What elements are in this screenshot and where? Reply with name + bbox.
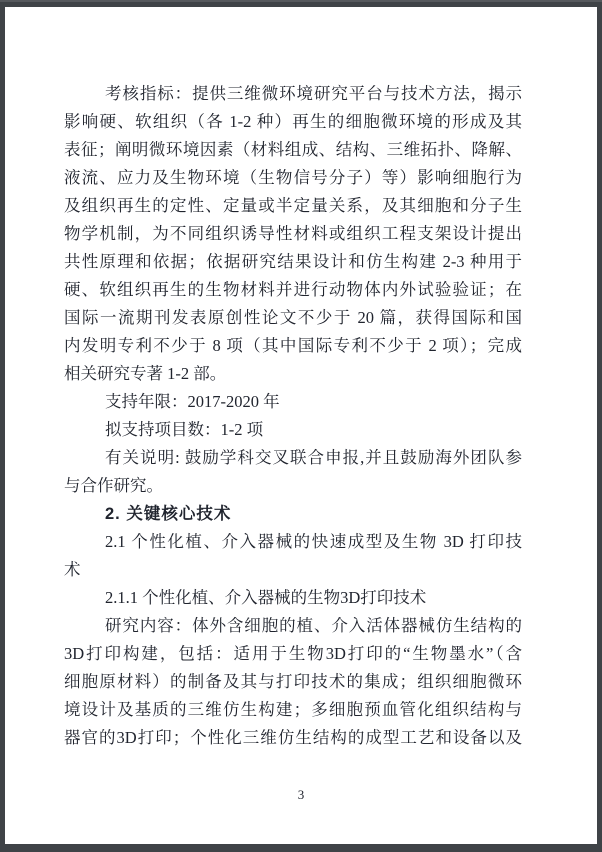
text-line: 考核指标：提供三维微环境研究平台与技术方法，揭示 (64, 80, 522, 108)
text-line: 器官的3D打印；个性化三维仿生结构的成型工艺和设备以及 (64, 724, 522, 752)
text-line: 有关说明: 鼓励学科交叉联合申报,并且鼓励海外团队参 (64, 444, 522, 472)
text-line: 术 (64, 556, 522, 584)
viewer-top-edge (0, 0, 602, 2)
text-line: 细胞原材料）的制备及其与打印技术的集成；组织细胞微环 (64, 668, 522, 696)
text-line: 境设计及基质的三维仿生构建；多细胞预血管化组织结构与 (64, 696, 522, 724)
text-line: 2.1 个性化植、介入器械的快速成型及生物 3D 打印技 (64, 528, 522, 556)
text-line: 内发明专利不少于 8 项（其中国际专利不少于 2 项）；完成 (64, 332, 522, 360)
text-line: 研究内容：体外含细胞的植、介入活体器械仿生结构的 (64, 612, 522, 640)
pdf-viewer-background: 考核指标：提供三维微环境研究平台与技术方法，揭示影响硬、软组织（各 1-2 种）… (0, 0, 602, 852)
document-text-block: 考核指标：提供三维微环境研究平台与技术方法，揭示影响硬、软组织（各 1-2 种）… (64, 80, 522, 752)
text-line: 物学机制，为不同组织诱导性材料或组织工程支架设计提出 (64, 220, 522, 248)
document-page: 考核指标：提供三维微环境研究平台与技术方法，揭示影响硬、软组织（各 1-2 种）… (5, 7, 597, 844)
text-line: 拟支持项目数：1-2 项 (64, 416, 522, 444)
text-line: 共性原理和依据；依据研究结果设计和仿生构建 2-3 种用于 (64, 248, 522, 276)
text-line: 国际一流期刊发表原创性论文不少于 20 篇，获得国际和国 (64, 304, 522, 332)
page-number: 3 (5, 785, 597, 805)
text-line: 影响硬、软组织（各 1-2 种）再生的细胞微环境的形成及其 (64, 108, 522, 136)
text-line: 液流、应力及生物环境（生物信号分子）等）影响细胞行为 (64, 164, 522, 192)
text-line: 2.1.1 个性化植、介入器械的生物3D打印技术 (64, 584, 522, 612)
text-line: 表征；阐明微环境因素（材料组成、结构、三维拓扑、降解、 (64, 136, 522, 164)
text-line: 硬、软组织再生的生物材料并进行动物体内外试验验证；在 (64, 276, 522, 304)
section-heading: 2. 关键核心技术 (64, 500, 522, 528)
text-line: 3D打印构建，包括：适用于生物3D打印的“生物墨水”（含 (64, 640, 522, 668)
text-line: 相关研究专著 1-2 部。 (64, 360, 522, 388)
text-line: 及组织再生的定性、定量或半定量关系，及其细胞和分子生 (64, 192, 522, 220)
text-line: 与合作研究。 (64, 472, 522, 500)
text-line: 支持年限：2017-2020 年 (64, 388, 522, 416)
